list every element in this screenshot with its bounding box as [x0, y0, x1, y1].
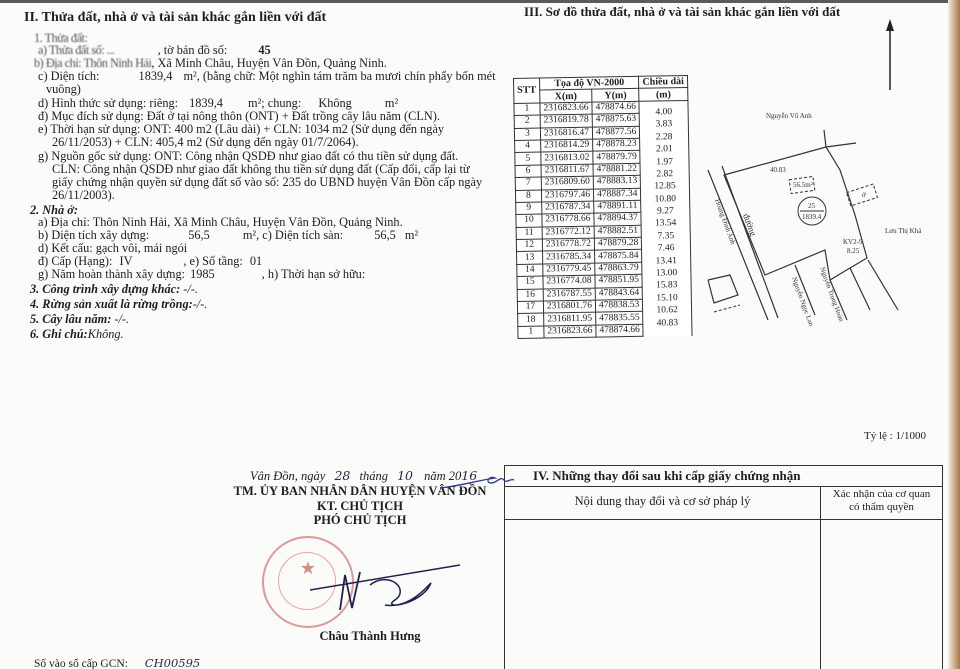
map-sheet-line: a) Thửa đất số: ... , tờ bản đồ số: 45 — [38, 43, 271, 57]
col-y: Y(m) — [592, 89, 640, 102]
parcel-address: b) Địa chỉ: Thôn Ninh Hải, Xã Minh Châu,… — [34, 56, 387, 70]
cell-x: 2316778.66 — [542, 213, 594, 226]
cell-x: 2316785.34 — [542, 251, 594, 264]
parcel-map: 25 1839.4 56.5m² ở Nguyễn Vũ Anh Lưu Thị… — [680, 0, 950, 420]
cell-x: 2316819.78 — [540, 114, 592, 127]
cell-stt: 16 — [517, 289, 543, 302]
cell-y: 478863.79 — [595, 262, 643, 275]
neighbor-south-2: Nguyễn Trọng Hoàn — [818, 266, 845, 323]
cell-x: 2316801.76 — [543, 300, 595, 313]
col-stt: STT — [514, 78, 540, 103]
cell-y: 478838.53 — [595, 299, 643, 312]
corner-label: KV2-9 — [843, 238, 863, 246]
cell-x: 2316779.45 — [543, 263, 595, 276]
cell-x: 2316816.47 — [540, 127, 592, 140]
cell-stt: 1 — [518, 326, 544, 339]
cell-y: 478881.22 — [593, 163, 641, 176]
cell-stt: 18 — [518, 313, 544, 326]
cell-y: 478882.51 — [594, 225, 642, 238]
usage-origin-2: CLN: Công nhận QSDĐ như giao đất không t… — [52, 162, 470, 176]
cell-y: 478879.28 — [594, 237, 642, 250]
cell-x: 2316774.08 — [543, 275, 595, 288]
area-words-cont: vuông) — [46, 82, 81, 96]
other-works: 3. Công trình xây dựng khác: -/-. — [30, 282, 198, 296]
handwritten-signature — [300, 560, 470, 620]
cell-x: 2316823.66 — [544, 325, 596, 338]
cell-stt: 5 — [515, 152, 541, 165]
house-structure: d) Kết cấu: gạch vôi, mái ngói — [38, 241, 187, 255]
cell-stt: 12 — [516, 239, 542, 252]
neighbor-west: Hoàng Đình Anh — [713, 198, 737, 246]
cell-y: 478875.84 — [595, 250, 643, 263]
cell-x: 2316778.72 — [542, 238, 594, 251]
cell-y: 478835.55 — [596, 312, 644, 325]
usage-origin-4: 26/11/2003). — [52, 188, 115, 202]
parcel-area-label: 1839.4 — [802, 213, 822, 221]
cell-y: 478874.66 — [596, 324, 644, 337]
cell-x: 2316811.95 — [544, 313, 596, 326]
cell-y: 478843.64 — [595, 287, 643, 300]
cell-stt: 14 — [517, 264, 543, 277]
house-grade-floors: đ) Cấp (Hạng): IV , e) Số tầng: 01 — [38, 254, 262, 268]
cell-x: 2316813.02 — [541, 151, 593, 164]
parcel-number: 25 — [808, 202, 816, 210]
edge-length-north: 40.83 — [770, 166, 786, 174]
changes-content-cell — [505, 486, 821, 669]
signer-role-1: KT. CHỦ TỊCH — [222, 499, 498, 514]
cell-x: 2316787.34 — [542, 201, 594, 214]
cell-y: 478891.11 — [594, 200, 642, 213]
house-area-label: 56.5m² — [793, 181, 813, 189]
cell-stt: 1 — [514, 103, 540, 116]
cell-y: 478879.79 — [593, 151, 641, 164]
house-year: g) Năm hoàn thành xây dựng: 1985 , h) Th… — [38, 267, 365, 281]
cell-x: 2316814.29 — [540, 139, 592, 152]
cell-stt: 17 — [517, 301, 543, 314]
house-area-line: b) Diện tích xây dựng: 56,5 m², c) Diện … — [38, 228, 418, 242]
coordinate-table: STT Tọa độ VN-2000 Chiều dài X(m) Y(m) (… — [513, 75, 692, 339]
cell-x: 2316811.67 — [541, 164, 593, 177]
cell-x: 2316809.60 — [541, 176, 593, 189]
section-ii: II. Thửa đất, nhà ở và tài sản khác gắn … — [0, 0, 500, 669]
cell-stt: 6 — [515, 165, 541, 178]
section-ii-title: II. Thửa đất, nhà ở và tài sản khác gắn … — [24, 10, 326, 26]
cell-stt: 9 — [516, 202, 542, 215]
perennial-trees: 5. Cây lâu năm: -/-. — [30, 312, 129, 326]
usage-form: d) Hình thức sử dụng: riêng: 1839,4 m²; … — [38, 96, 398, 110]
corner-value: 8.25 — [847, 247, 860, 255]
cell-stt: 13 — [517, 251, 543, 264]
neighbor-east: Lưu Thị Khả — [885, 227, 922, 235]
area-line: c) Diện tích: 1839,4 m², (bằng chữ: Một … — [38, 69, 496, 83]
usage-term-1: e) Thời hạn sử dụng: ONT: 400 m2 (Lâu dà… — [38, 122, 444, 136]
cell-stt: 7 — [515, 177, 541, 190]
map-scale: Tỷ lệ : 1/1000 — [864, 430, 926, 442]
cell-y: 478878.23 — [593, 138, 641, 151]
section-iv-title: IV. Những thay đổi sau khi cấp giấy chứn… — [533, 468, 801, 484]
section-iv: IV. Những thay đổi sau khi cấp giấy chứn… — [504, 465, 943, 669]
cell-y: 478887.34 — [593, 188, 641, 201]
production-forest: 4. Rừng sản xuất là rừng trồng:-/-. — [30, 297, 207, 311]
cell-x: 2316797.46 — [541, 189, 593, 202]
col-x: X(m) — [540, 90, 592, 103]
cell-y: 478874.66 — [592, 101, 640, 114]
confirmation-column-header: Xác nhận của cơ quan có thẩm quyền — [821, 488, 942, 514]
cell-stt: 4 — [515, 140, 541, 153]
notes: 6. Ghi chú:Không. — [30, 327, 124, 341]
neighbor-house-mark: ở — [862, 191, 866, 199]
certificate-registry: Số vào sổ cấp GCN: CH00595 — [34, 656, 200, 669]
cell-stt: 11 — [516, 227, 542, 240]
cell-x: 2316787.55 — [543, 288, 595, 301]
house-address: a) Địa chỉ: Thôn Ninh Hải, Xã Minh Châu,… — [38, 215, 403, 229]
usage-term-2: 26/11/2053) + CLN: 405,4 m2 (Sử dụng đến… — [52, 135, 359, 149]
usage-purpose: đ) Mục đích sử dụng: Đất ở tại nông thôn… — [38, 109, 440, 123]
coordinate-row: 12316823.66478874.664.00 — [514, 100, 688, 115]
cell-x: 2316772.12 — [542, 226, 594, 239]
cell-y: 478851.95 — [595, 275, 643, 288]
signer-role-2: PHÓ CHỦ TỊCH — [222, 513, 498, 528]
cell-y: 478883.13 — [593, 175, 641, 188]
cell-stt: 8 — [515, 190, 541, 203]
neighbor-north: Nguyễn Vũ Anh — [766, 112, 812, 120]
signer-name: Châu Thành Hưng — [300, 629, 440, 644]
cell-stt: 15 — [517, 276, 543, 289]
cell-stt: 10 — [516, 214, 542, 227]
map-sheet-number: 45 — [258, 43, 270, 57]
usage-origin-1: g) Nguồn gốc sử dụng: ONT: Công nhận QSD… — [38, 149, 458, 163]
cell-y: 478894.37 — [594, 213, 642, 226]
cell-stt: 2 — [514, 115, 540, 128]
cell-x: 2316823.66 — [540, 102, 592, 115]
cell-y: 478875.63 — [592, 113, 640, 126]
area-value: 1839,4 — [139, 69, 173, 83]
cell-stt: 3 — [514, 128, 540, 141]
cell-y: 478877.56 — [592, 126, 640, 139]
usage-origin-3: giấy chứng nhận quyền sử dụng đất số vào… — [52, 175, 482, 189]
